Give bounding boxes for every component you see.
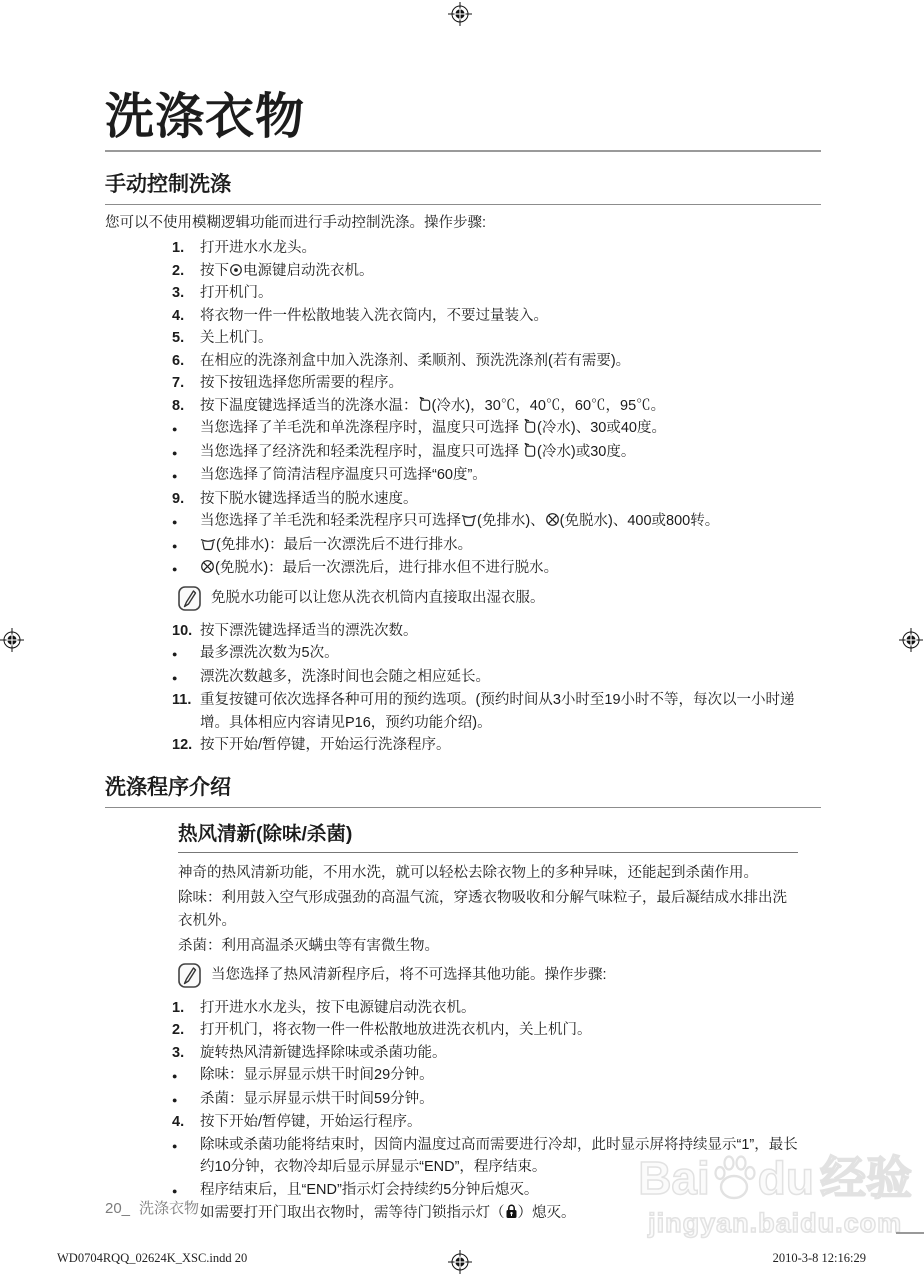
print-filename: WD0704RQQ_02624K_XSC.indd 20 [57,1251,247,1266]
watermark-url: jingyan.baidu.com [638,1208,912,1238]
bullet-text-part: 当您选择了羊毛洗和单洗涤程序时，温度只可选择 [200,420,523,436]
step-text: 重复按键可依次选择各种可用的预约选项。(预约时间从3小时至19小时不等，每次以一… [200,689,821,734]
note-icon [178,963,201,993]
bullet-text: 最多漂洗次数为5次。 [200,642,821,666]
step-number: 1. [172,237,200,260]
watermark-text: Bai [638,1152,710,1204]
bullet-text-part: (免排水)：最后一次漂洗后不进行排水。 [216,537,472,553]
bullet-item: ● 除味：显示屏显示烘干时间29分钟。 [172,1064,798,1088]
bullet-marker: ● [172,534,200,558]
step-item: 4. 按下开始/暂停键，开始运行程序。 [172,1111,798,1134]
bullet-item: ● 当您选择了经济洗和轻柔洗程序时，温度只可选择 (冷水)或30度。 [172,441,821,465]
text-part: ）熄灭。 [518,1205,576,1221]
bullet-glyph: ● [172,448,177,458]
watermark-text: du [758,1152,814,1204]
bullet-marker: ● [172,557,200,581]
bullet-item: ● 当您选择了羊毛洗和轻柔洗程序只可选择(免排水)、(免脱水)、400或800转… [172,510,821,534]
step-item: 1. 打开进水水龙头，按下电源键启动洗衣机。 [172,997,798,1020]
trim-mark [896,1232,924,1234]
section-intro: 您可以不使用模糊逻辑功能而进行手动控制洗涤。操作步骤: [105,213,821,233]
divider [178,852,798,853]
bullet-text-part: (冷水)或30度。 [537,444,635,460]
step-number: 3. [172,1042,200,1065]
bullet-item: ● 最多漂洗次数为5次。 [172,642,821,666]
section-heading: 手动控制洗涤 [105,172,821,198]
no-spin-icon [545,512,560,527]
page-title: 洗涤衣物 [105,88,821,146]
bullet-marker: ● [172,642,200,666]
bullet-marker: ● [172,417,200,441]
step-number: 11. [172,689,200,734]
bullet-glyph: ● [172,517,177,527]
step-text: 按下温度键选择适当的洗涤水温：(冷水)，30℃，40℃，60℃，95℃。 [200,395,821,418]
bullet-glyph: ● [172,424,177,434]
bullet-glyph: ● [172,1186,177,1196]
step-item: 7. 按下按钮选择您所需要的程序。 [172,372,821,395]
step-item: 12. 按下开始/暂停键，开始运行洗涤程序。 [172,734,821,757]
step-text-part: 电源键启动洗衣机。 [243,263,374,279]
step-item: 11. 重复按键可依次选择各种可用的预约选项。(预约时间从3小时至19小时不等，… [172,689,821,734]
step-number: 4. [172,305,200,328]
bullet-glyph: ● [172,471,177,481]
bullet-text: 当您选择了羊毛洗和单洗涤程序时，温度只可选择 (冷水)、30或40度。 [200,417,821,441]
bullet-glyph: ● [172,1141,177,1151]
power-icon [229,263,243,277]
bullet-marker: ● [172,1134,200,1179]
page-content: 洗涤衣物 手动控制洗涤 您可以不使用模糊逻辑功能而进行手动控制洗涤。操作步骤: … [105,60,821,1225]
bullet-text-part: 当您选择了羊毛洗和轻柔洗程序只可选择 [200,513,461,529]
step-item: 6. 在相应的洗涤剂盒中加入洗涤剂、柔顺剂、预洗洗涤剂(若有需要)。 [172,350,821,373]
step-item: 3. 打开机门。 [172,282,821,305]
manual-step-list-2: 10. 按下漂洗键选择适当的漂洗次数。 ● 最多漂洗次数为5次。 ● 漂洗次数越… [172,620,821,757]
registration-mark-top [448,2,472,26]
step-item: 3. 旋转热风清新键选择除味或杀菌功能。 [172,1042,798,1065]
section-manual-wash: 手动控制洗涤 您可以不使用模糊逻辑功能而进行手动控制洗涤。操作步骤: 1. 打开… [105,172,821,757]
no-drain-icon [461,514,477,527]
section-heading: 洗涤程序介绍 [105,775,821,801]
cold-water-icon [523,442,537,458]
bullet-text: 除味：显示屏显示烘干时间29分钟。 [200,1064,798,1088]
lock-icon [505,1204,518,1219]
bullet-text: 杀菌：显示屏显示烘干时间59分钟。 [200,1088,798,1112]
step-text: 按下开始/暂停键，开始运行程序。 [200,1111,798,1134]
bullet-marker: ● [172,464,200,488]
step-text: 关上机门。 [200,327,821,350]
step-number: 6. [172,350,200,373]
bullet-item: ● (免排水)：最后一次漂洗后不进行排水。 [172,534,821,558]
bullet-item: ● (免脱水)：最后一次漂洗后，进行排水但不进行脱水。 [172,557,821,581]
bullet-item: ● 杀菌：显示屏显示烘干时间59分钟。 [172,1088,798,1112]
paragraph: 杀菌：利用高温杀灭螨虫等有害微生物。 [178,935,798,958]
bullet-text-part: 当您选择了经济洗和轻柔洗程序时，温度只可选择 [200,444,523,460]
bullet-glyph: ● [172,649,177,659]
bullet-text-part: (免脱水)：最后一次漂洗后，进行排水但不进行脱水。 [215,560,558,576]
registration-mark-right [899,628,923,652]
step-number: 9. [172,488,200,511]
bullet-glyph: ● [172,541,177,551]
step-text-part: (冷水)，30℃，40℃，60℃，95℃。 [432,398,666,414]
watermark-logo: Bai du 经验 [638,1152,912,1204]
bullet-marker: ● [172,666,200,690]
bullet-marker: ● [172,1064,200,1088]
step-text: 打开进水水龙头，按下电源键启动洗衣机。 [200,997,798,1020]
step-text-part: 按下温度键选择适当的洗涤水温： [200,398,418,414]
cold-water-icon [523,418,537,434]
page-number: 20_ [105,1200,130,1217]
note-text: 免脱水功能可以让您从洗衣机筒内直接取出湿衣服。 [211,586,545,611]
bullet-text: (免排水)：最后一次漂洗后不进行排水。 [200,534,821,558]
step-item: 2. 打开机门，将衣物一件一件松散地放进洗衣机内，关上机门。 [172,1019,798,1042]
baidu-watermark: Bai du 经验 jingyan.baidu.com [638,1152,912,1238]
baidu-paw-icon [712,1155,756,1201]
step-item: 2. 按下电源键启动洗衣机。 [172,260,821,283]
bullet-item: ● 当您选择了羊毛洗和单洗涤程序时，温度只可选择 (冷水)、30或40度。 [172,417,821,441]
step-number: 8. [172,395,200,418]
cold-water-icon [418,396,432,412]
bullet-item: ● 漂洗次数越多，洗涤时间也会随之相应延长。 [172,666,821,690]
text-part: 如需要打开门取出衣物时，需等待门锁指示灯（ [200,1205,505,1221]
step-item: 1. 打开进水水龙头。 [172,237,821,260]
bullet-text: 当您选择了羊毛洗和轻柔洗程序只可选择(免排水)、(免脱水)、400或800转。 [200,510,821,534]
divider [105,150,821,152]
bullet-text: 当您选择了经济洗和轻柔洗程序时，温度只可选择 (冷水)或30度。 [200,441,821,465]
bullet-marker: ● [172,441,200,465]
step-item: 10. 按下漂洗键选择适当的漂洗次数。 [172,620,821,643]
step-number: 7. [172,372,200,395]
step-text: 在相应的洗涤剂盒中加入洗涤剂、柔顺剂、预洗洗涤剂(若有需要)。 [200,350,821,373]
bullet-glyph: ● [172,1095,177,1105]
step-text: 按下脱水键选择适当的脱水速度。 [200,488,821,511]
divider [105,807,821,808]
step-number: 10. [172,620,200,643]
step-text: 打开机门，将衣物一件一件松散地放进洗衣机内，关上机门。 [200,1019,798,1042]
divider [105,204,821,205]
paragraph: 神奇的热风清新功能，不用水洗，就可以轻松去除衣物上的多种异味，还能起到杀菌作用。 [178,862,798,885]
bullet-text: 漂洗次数越多，洗涤时间也会随之相应延长。 [200,666,821,690]
manual-page: 洗涤衣物 手动控制洗涤 您可以不使用模糊逻辑功能而进行手动控制洗涤。操作步骤: … [0,0,924,1280]
note-icon [178,586,201,616]
step-text-part: 按下 [200,263,229,279]
step-text: 按下按钮选择您所需要的程序。 [200,372,821,395]
footer-label: 洗涤衣物 [139,1200,199,1217]
step-text: 按下开始/暂停键，开始运行洗涤程序。 [200,734,821,757]
step-item: 5. 关上机门。 [172,327,821,350]
step-number: 3. [172,282,200,305]
step-number: 4. [172,1111,200,1134]
step-number: 1. [172,997,200,1020]
step-item: 4. 将衣物一件一件松散地装入洗衣筒内，不要过量装入。 [172,305,821,328]
step-text: 按下漂洗键选择适当的漂洗次数。 [200,620,821,643]
note-text: 当您选择了热风清新程序后，将不可选择其他功能。操作步骤: [211,963,607,988]
bullet-marker: ● [172,510,200,534]
subsection-heading: 热风清新(除味/杀菌) [178,822,798,847]
bullet-glyph: ● [172,564,177,574]
step-number: 2. [172,1019,200,1042]
paragraph: 除味：利用鼓入空气形成强劲的高温气流，穿透衣物吸收和分解气味粒子，最后凝结成水排… [178,887,798,932]
bullet-marker: ● [172,1088,200,1112]
step-number: 2. [172,260,200,283]
watermark-text-cn: 经验 [820,1152,912,1204]
step-text: 按下电源键启动洗衣机。 [200,260,821,283]
print-timestamp: 2010-3-8 12:16:29 [773,1251,866,1266]
print-info: WD0704RQQ_02624K_XSC.indd 20 2010-3-8 12… [0,1251,924,1269]
step-number: 12. [172,734,200,757]
bullet-text: (免脱水)：最后一次漂洗后，进行排水但不进行脱水。 [200,557,821,581]
step-item: 9. 按下脱水键选择适当的脱水速度。 [172,488,821,511]
page-footer: 20_洗涤衣物 [105,1197,199,1218]
bullet-text-part: (冷水)、30或40度。 [537,420,666,436]
bullet-text: 当您选择了筒清洁程序温度只可选择“60度”。 [200,464,821,488]
step-text: 打开机门。 [200,282,821,305]
step-number: 5. [172,327,200,350]
step-item: 8. 按下温度键选择适当的洗涤水温：(冷水)，30℃，40℃，60℃，95℃。 [172,395,821,418]
bullet-text-part: (免脱水)、400或800转。 [560,513,720,529]
bullet-text-part: (免排水)、 [477,513,545,529]
manual-step-list: 1. 打开进水水龙头。 2. 按下电源键启动洗衣机。 3. 打开机门。 4. 将… [172,237,821,581]
registration-mark-left [0,628,24,652]
bullet-item: ● 当您选择了筒清洁程序温度只可选择“60度”。 [172,464,821,488]
step-text: 打开进水水龙头。 [200,237,821,260]
no-drain-icon [200,538,216,551]
note: 免脱水功能可以让您从洗衣机筒内直接取出湿衣服。 [178,586,821,616]
bullet-glyph: ● [172,673,177,683]
no-spin-icon [200,559,215,574]
note: 当您选择了热风清新程序后，将不可选择其他功能。操作步骤: [178,963,798,993]
step-text: 将衣物一件一件松散地装入洗衣筒内，不要过量装入。 [200,305,821,328]
bullet-glyph: ● [172,1071,177,1081]
step-text: 旋转热风清新键选择除味或杀菌功能。 [200,1042,798,1065]
